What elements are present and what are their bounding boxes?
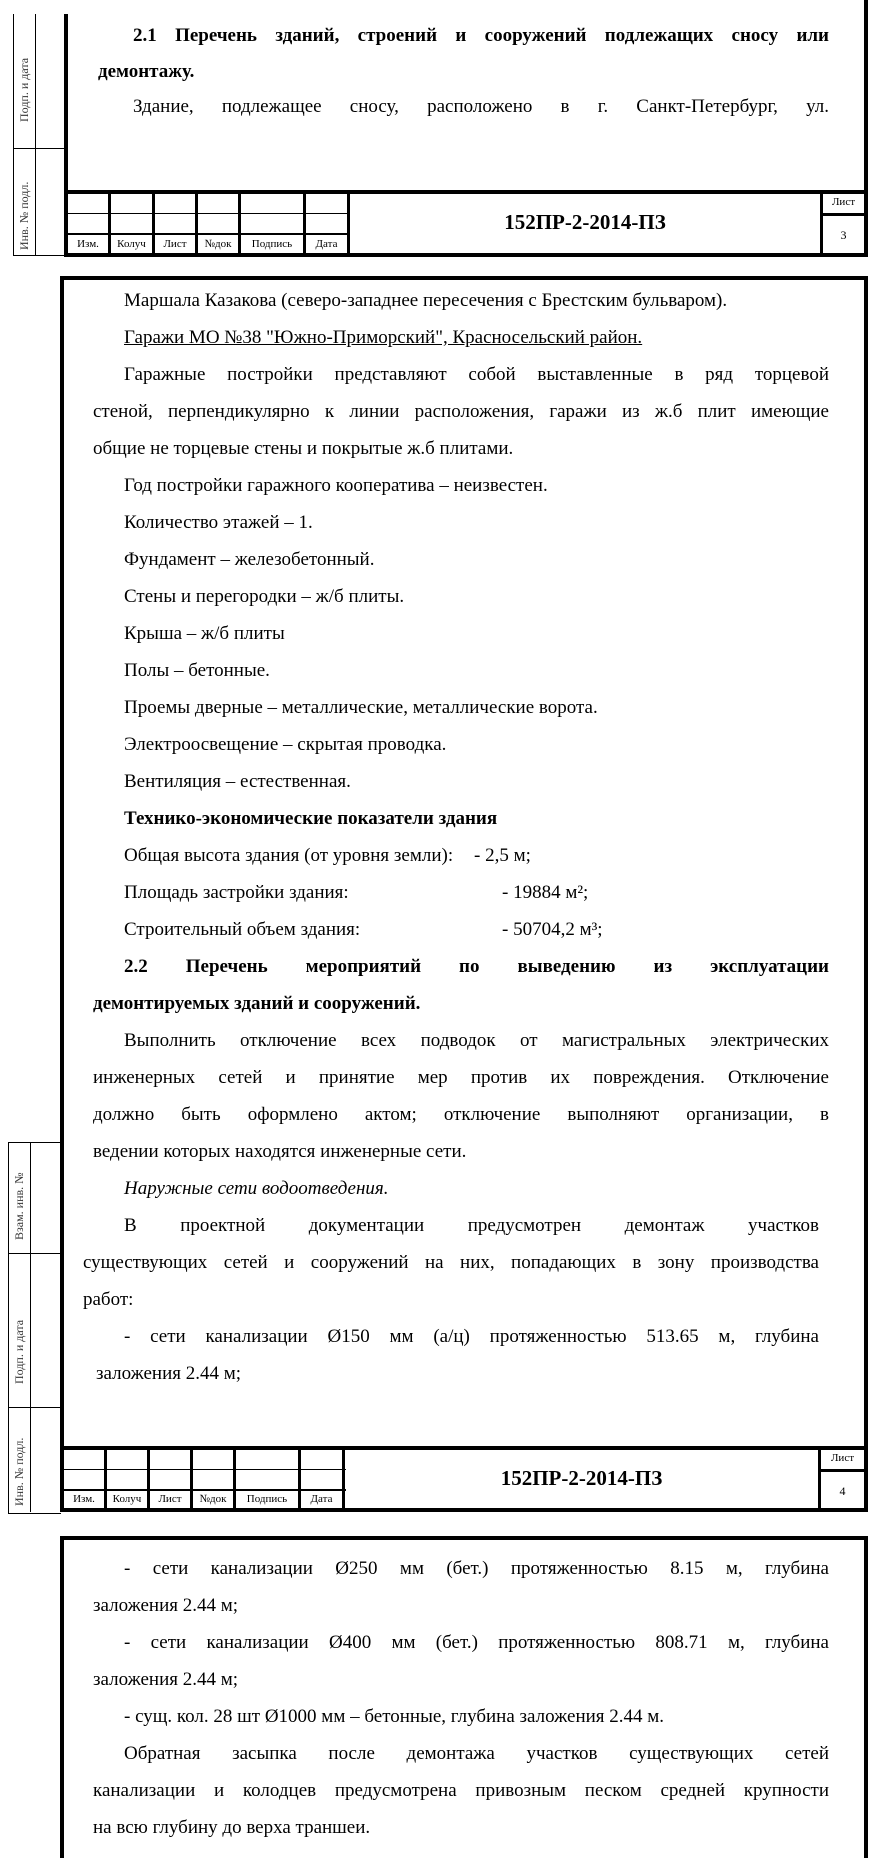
stamp-col-podpis: Подпись [241, 237, 303, 251]
paragraph-line: должно быть оформлено актом; отключение … [93, 1104, 829, 1126]
indicator-value: - 2,5 м; [474, 845, 531, 867]
section-heading-2-2: 2.2 Перечень мероприятий по выведению из… [124, 956, 829, 978]
section-heading-2-1-cont: демонтажу. [98, 61, 194, 83]
stamp-col-data: Дата [306, 237, 347, 251]
stamp-col-list: Лист [150, 1492, 190, 1506]
paragraph-line: В проектной документации предусмотрен де… [124, 1215, 819, 1237]
list-item-cont: заложения 2.44 м; [96, 1363, 241, 1385]
page-border-left [64, 14, 68, 257]
list-item: - сети канализации Ø150 мм (а/ц) протяже… [124, 1326, 819, 1348]
stamp-col-ndok: №док [198, 237, 238, 251]
stamp-col-podpis: Подпись [236, 1492, 298, 1506]
stamp-col-koluch: Колуч [111, 237, 152, 251]
page-border-top [60, 276, 868, 280]
list-item: Проемы дверные – металлические, металлич… [124, 697, 598, 719]
indicator-label: Строительный объем здания: [124, 919, 360, 941]
side-label-inv-podl: Инв. № подл. [17, 182, 32, 250]
indicators-heading: Технико-экономические показатели здания [124, 808, 497, 830]
list-item: Год постройки гаражного кооператива – не… [124, 475, 548, 497]
list-item: Полы – бетонные. [124, 660, 270, 682]
stamp-col-ndok: №док [193, 1492, 233, 1506]
page-border-left [60, 1536, 64, 1858]
paragraph-line: канализации и колодцев предусмотрена при… [93, 1780, 829, 1802]
stamp-col-data: Дата [301, 1492, 342, 1506]
object-name: Гаражи МО №38 "Южно-Приморский", Краснос… [124, 327, 642, 349]
section-heading-2-1: 2.1 Перечень зданий, строений и сооружен… [133, 25, 829, 47]
paragraph-line: стеной, перпендикулярно к линии располож… [93, 401, 829, 423]
paragraph-line: общие не торцевые стены и покрытые ж.б п… [93, 438, 513, 460]
paragraph-line: Гаражные постройки представляют собой вы… [124, 364, 829, 386]
side-label-inv-podl: Инв. № подл. [12, 1438, 27, 1506]
list-item: - сущ. кол. 28 шт Ø1000 мм – бетонные, г… [124, 1706, 664, 1728]
sheet-number: 3 [823, 228, 864, 243]
paragraph-line: Обратная засыпка после демонтажа участко… [124, 1743, 829, 1765]
indicator-label: Общая высота здания (от уровня земли): [124, 845, 453, 867]
page-border-right [864, 276, 868, 1512]
list-item: Крыша – ж/б плиты [124, 623, 285, 645]
document-code: 152ПР-2-2014-ПЗ [350, 210, 820, 235]
paragraph-line: Выполнить отключение всех подводок от ма… [124, 1030, 829, 1052]
list-item: Стены и перегородки – ж/б плиты. [124, 586, 404, 608]
list-item-cont: заложения 2.44 м; [93, 1669, 238, 1691]
sheet-label: Лист [823, 196, 864, 208]
list-item: - сети канализации Ø250 мм (бет.) протяж… [124, 1558, 829, 1580]
indicator-label: Площадь застройки здания: [124, 882, 349, 904]
paragraph-line: Здание, подлежащее сносу, расположено в … [133, 96, 829, 118]
stamp-col-koluch: Колуч [107, 1492, 147, 1506]
section-heading-2-2-cont: демонтируемых зданий и сооружений. [93, 993, 420, 1015]
sheet-label: Лист [821, 1452, 864, 1464]
indicator-value: - 50704,2 м³; [502, 919, 603, 941]
sheet-number: 4 [821, 1484, 864, 1499]
indicator-value: - 19884 м²; [502, 882, 588, 904]
paragraph-line: ведении которых находятся инженерные сет… [93, 1141, 466, 1163]
paragraph-line: работ: [83, 1289, 133, 1311]
page-border-top [60, 1536, 868, 1540]
stamp-col-izm: Изм. [68, 237, 108, 251]
paragraph-line: Маршала Казакова (северо-западнее пересе… [124, 290, 727, 312]
side-label-vzam-inv: Взам. инв. № [12, 1172, 27, 1240]
document-code: 152ПР-2-2014-ПЗ [345, 1466, 818, 1491]
paragraph-line: инженерных сетей и принятие мер против и… [93, 1067, 829, 1089]
list-item: Фундамент – железобетонный. [124, 549, 374, 571]
paragraph-line: на всю глубину до верха траншеи. [93, 1817, 370, 1839]
side-label-podp-data: Подп. и дата [17, 58, 32, 122]
stamp-col-izm: Изм. [64, 1492, 104, 1506]
list-item: Вентиляция – естественная. [124, 771, 351, 793]
stamp-col-list: Лист [155, 237, 195, 251]
list-item: Количество этажей – 1. [124, 512, 313, 534]
list-item: Электроосвещение – скрытая проводка. [124, 734, 446, 756]
list-item-cont: заложения 2.44 м; [93, 1595, 238, 1617]
subsection-title: Наружные сети водоотведения. [124, 1178, 389, 1200]
paragraph-line: существующих сетей и сооружений на них, … [83, 1252, 819, 1274]
side-label-podp-data: Подп. и дата [12, 1320, 27, 1384]
list-item: - сети канализации Ø400 мм (бет.) протяж… [124, 1632, 829, 1654]
page-border-right [864, 0, 868, 257]
page-border-right [864, 1536, 868, 1858]
